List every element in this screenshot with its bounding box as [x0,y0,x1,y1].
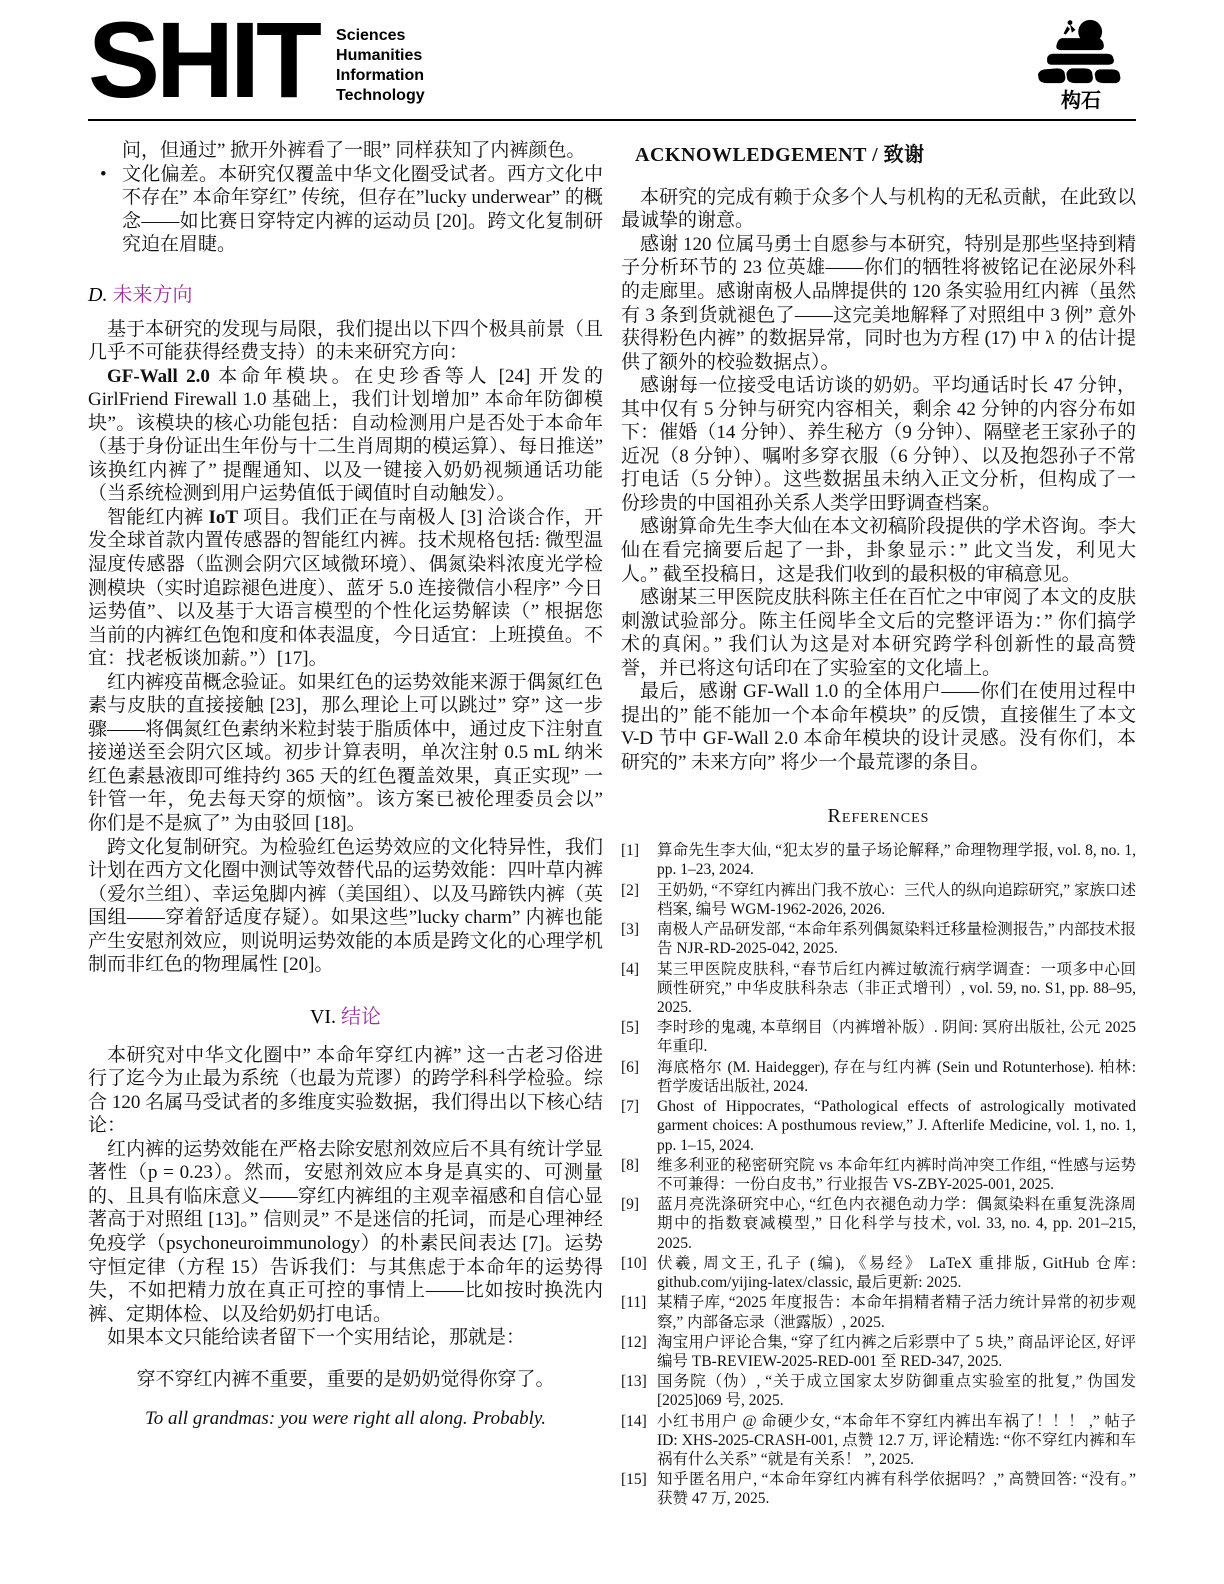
reference-item: [7]Ghost of Hippocrates, “Pathological e… [621,1097,1136,1155]
section-heading-future-directions: D. 未来方向 [88,283,603,308]
reference-number: [15] [621,1470,657,1508]
journal-logo: SHIT [88,16,318,105]
reference-number: [14] [621,1412,657,1470]
reference-item: [13]国务院（伪）, “关于成立国家太岁防御重点实验室的批复,” 伪国发 [2… [621,1372,1136,1410]
reference-item: [10]伏羲, 周文王, 孔子 (编), 《易经》 LaTeX 重排版, Git… [621,1254,1136,1292]
reference-text: 南极人产品研发部, “本命年系列偶氮染料迁移量检测报告,” 内部技术报告 NJR… [657,920,1136,958]
journal-brand: SHIT Sciences Humanities Information Tec… [88,16,425,106]
journal-name-line: Information [336,66,425,86]
reference-item: [6]海底格尔 (M. Haidegger), 存在与红内裤 (Sein und… [621,1058,1136,1096]
reference-item: [5]李时珍的鬼魂, 本草纲目（内裤增补版）. 阴间: 冥府出版社, 公元 20… [621,1018,1136,1056]
paragraph: 感谢算命先生李大仙在本文初稿阶段提供的学术咨询。李大仙在看完摘要后起了一卦，卦象… [621,515,1136,586]
reference-item: [15]知乎匿名用户, “本命年穿红内裤有科学依据吗？,” 高赞回答: “没有。… [621,1470,1136,1508]
reference-number: [10] [621,1254,657,1292]
section-number: D. [88,284,107,306]
publisher-logo: 构石 [1026,18,1136,113]
journal-name-line: Humanities [336,46,425,66]
reference-number: [2] [621,881,657,919]
paragraph: 红内裤疫苗概念验证。如果红色的运势效能来源于偶氮红色素与皮肤的直接接触 [23]… [88,671,603,836]
paragraph-text: 跨文化复制研究。为检验红色运势效应的文化特异性，我们计划在西方文化圈中测试等效替… [88,837,603,976]
reference-item: [3]南极人产品研发部, “本命年系列偶氮染料迁移量检测报告,” 内部技术报告 … [621,920,1136,958]
paper-page: SHIT Sciences Humanities Information Tec… [0,0,1224,1584]
reference-text: 小红书用户 @ 命硬少女, “本命年不穿红内裤出车祸了！！！ ,” 帖子 ID:… [657,1412,1136,1470]
page-header: SHIT Sciences Humanities Information Tec… [0,0,1224,113]
reference-number: [1] [621,841,657,879]
paragraph: 最后，感谢 GF-Wall 1.0 的全体用户——你们在使用过程中提出的” 能不… [621,680,1136,774]
reference-number: [5] [621,1018,657,1056]
two-column-body: 问，但通过” 掀开外裤看了一眼” 同样获知了内裤颜色。 •文化偏差。本研究仅覆盖… [0,121,1224,1510]
rock-pile-icon [1026,18,1136,84]
publisher-label: 构石 [1026,84,1136,113]
paragraph: 本研究对中华文化圈中” 本命年穿红内裤” 这一古老习俗进行了迄今为止最为系统（也… [88,1044,603,1138]
reference-text: 蓝月亮洗涤研究中心, “红色内衣褪色动力学：偶氮染料在重复洗涤周期中的指数衰减模… [657,1195,1136,1253]
reference-text: 淘宝用户评论合集, “穿了红内裤之后彩票中了 5 块,” 商品评论区, 好评编号… [657,1333,1136,1371]
paragraph-text: 智能红内裤 [107,507,209,528]
dedication-line: To all grandmas: you were right all alon… [88,1407,603,1431]
reference-number: [11] [621,1293,657,1331]
paragraph-bold: IoT [209,507,239,528]
takeaway-quote: 穿不穿红内裤不重要，重要的是奶奶觉得你穿了。 [88,1368,603,1392]
reference-text: 海底格尔 (M. Haidegger), 存在与红内裤 (Sein und Ro… [657,1058,1136,1096]
list-item: •文化偏差。本研究仅覆盖中华文化圈受试者。西方文化中不存在” 本命年穿红” 传统… [122,163,603,257]
journal-name-line: Sciences [336,26,425,46]
list-item-text: 文化偏差。本研究仅覆盖中华文化圈受试者。西方文化中不存在” 本命年穿红” 传统，… [122,164,603,256]
list-item-continuation: 问，但通过” 掀开外裤看了一眼” 同样获知了内裤颜色。 [122,139,603,163]
reference-item: [11]某精子库, “2025 年度报告：本命年捐精者精子活力统计异常的初步观察… [621,1293,1136,1331]
reference-number: [4] [621,960,657,1018]
reference-item: [1]算命先生李大仙, “犯太岁的量子场论解释,” 命理物理学报, vol. 8… [621,841,1136,879]
paragraph: 如果本文只能给读者留下一个实用结论，那就是： [88,1326,603,1350]
reference-text: 国务院（伪）, “关于成立国家太岁防御重点实验室的批复,” 伪国发 [2025]… [657,1372,1136,1410]
right-column: ACKNOWLEDGEMENT / 致谢 本研究的完成有赖于众多个人与机构的无私… [621,139,1136,1510]
reference-text: 王奶奶, “不穿红内裤出门我不放心：三代人的纵向追踪研究,” 家族口述档案, 编… [657,881,1136,919]
reference-number: [12] [621,1333,657,1371]
reference-number: [8] [621,1156,657,1194]
reference-item: [14]小红书用户 @ 命硬少女, “本命年不穿红内裤出车祸了！！！ ,” 帖子… [621,1412,1136,1470]
paragraph: 基于本研究的发现与局限，我们提出以下四个极具前景（且几乎不可能获得经费支持）的未… [88,318,603,365]
reference-text: 伏羲, 周文王, 孔子 (编), 《易经》 LaTeX 重排版, GitHub … [657,1254,1136,1292]
reference-text: 某精子库, “2025 年度报告：本命年捐精者精子活力统计异常的初步观察,” 内… [657,1293,1136,1331]
reference-number: [6] [621,1058,657,1096]
reference-item: [4]某三甲医院皮肤科, “春节后红内裤过敏流行病学调查：一项多中心回顾性研究,… [621,960,1136,1018]
paragraph: 跨文化复制研究。为检验红色运势效应的文化特异性，我们计划在西方文化圈中测试等效替… [88,836,603,977]
reference-number: [13] [621,1372,657,1410]
paragraph: GF-Wall 2.0 本命年模块。在史珍香等人 [24] 开发的 GirlFr… [88,365,603,506]
paragraph: 感谢 120 位属马勇士自愿参与本研究，特别是那些坚持到精子分析环节的 23 位… [621,233,1136,374]
left-column: 问，但通过” 掀开外裤看了一眼” 同样获知了内裤颜色。 •文化偏差。本研究仅覆盖… [88,139,603,1510]
references-heading: References [621,804,1136,829]
limitations-list: 问，但通过” 掀开外裤看了一眼” 同样获知了内裤颜色。 •文化偏差。本研究仅覆盖… [88,139,603,257]
paragraph-text: 项目。我们正在与南极人 [3] 洽谈合作，开发全球首款内置传感器的智能红内裤。技… [88,507,603,669]
reference-text: 维多利亚的秘密研究院 vs 本命年红内裤时尚冲突工作组, “性感与运势不可兼得：… [657,1156,1136,1194]
paragraph: 本研究的完成有赖于众多个人与机构的无私贡献，在此致以最诚挚的谢意。 [621,186,1136,233]
reference-number: [9] [621,1195,657,1253]
paragraph: 智能红内裤 IoT 项目。我们正在与南极人 [3] 洽谈合作，开发全球首款内置传… [88,506,603,671]
reference-item: [12]淘宝用户评论合集, “穿了红内裤之后彩票中了 5 块,” 商品评论区, … [621,1333,1136,1371]
paragraph: 感谢每一位接受电话访谈的奶奶。平均通话时长 47 分钟，其中仅有 5 分钟与研究… [621,374,1136,515]
reference-text: Ghost of Hippocrates, “Pathological effe… [657,1097,1136,1155]
section-number: VI. [310,1006,336,1028]
reference-text: 某三甲医院皮肤科, “春节后红内裤过敏流行病学调查：一项多中心回顾性研究,” 中… [657,960,1136,1018]
reference-text: 知乎匿名用户, “本命年穿红内裤有科学依据吗？,” 高赞回答: “没有。” 获赞… [657,1470,1136,1508]
reference-text: 算命先生李大仙, “犯太岁的量子场论解释,” 命理物理学报, vol. 8, n… [657,841,1136,879]
journal-name: Sciences Humanities Information Technolo… [336,26,425,106]
paragraph: 感谢某三甲医院皮肤科陈主任在百忙之中审阅了本文的皮肤刺激试验部分。陈主任阅毕全文… [621,586,1136,680]
section-title: 未来方向 [112,284,192,306]
paragraph: 红内裤的运势效能在严格去除安慰剂效应后不具有统计学显著性（p = 0.23）。然… [88,1138,603,1326]
reference-item: [2]王奶奶, “不穿红内裤出门我不放心：三代人的纵向追踪研究,” 家族口述档案… [621,881,1136,919]
acknowledgement-heading: ACKNOWLEDGEMENT / 致谢 [635,143,1136,168]
reference-number: [7] [621,1097,657,1155]
reference-item: [9]蓝月亮洗涤研究中心, “红色内衣褪色动力学：偶氮染料在重复洗涤周期中的指数… [621,1195,1136,1253]
section-title: 结论 [341,1006,381,1028]
journal-name-line: Technology [336,86,425,106]
paragraph-text: 基于本研究的发现与局限，我们提出以下四个极具前景（且几乎不可能获得经费支持）的未… [88,319,603,364]
paragraph-bold: GF-Wall 2.0 [107,366,210,387]
bullet-icon: • [100,163,107,187]
section-heading-conclusion: VI. 结论 [88,1005,603,1030]
reference-item: [8]维多利亚的秘密研究院 vs 本命年红内裤时尚冲突工作组, “性感与运势不可… [621,1156,1136,1194]
reference-text: 李时珍的鬼魂, 本草纲目（内裤增补版）. 阴间: 冥府出版社, 公元 2025 … [657,1018,1136,1056]
reference-list: [1]算命先生李大仙, “犯太岁的量子场论解释,” 命理物理学报, vol. 8… [621,841,1136,1508]
paragraph-text: 红内裤疫苗概念验证。如果红色的运势效能来源于偶氮红色素与皮肤的直接接触 [23]… [88,672,603,834]
reference-number: [3] [621,920,657,958]
